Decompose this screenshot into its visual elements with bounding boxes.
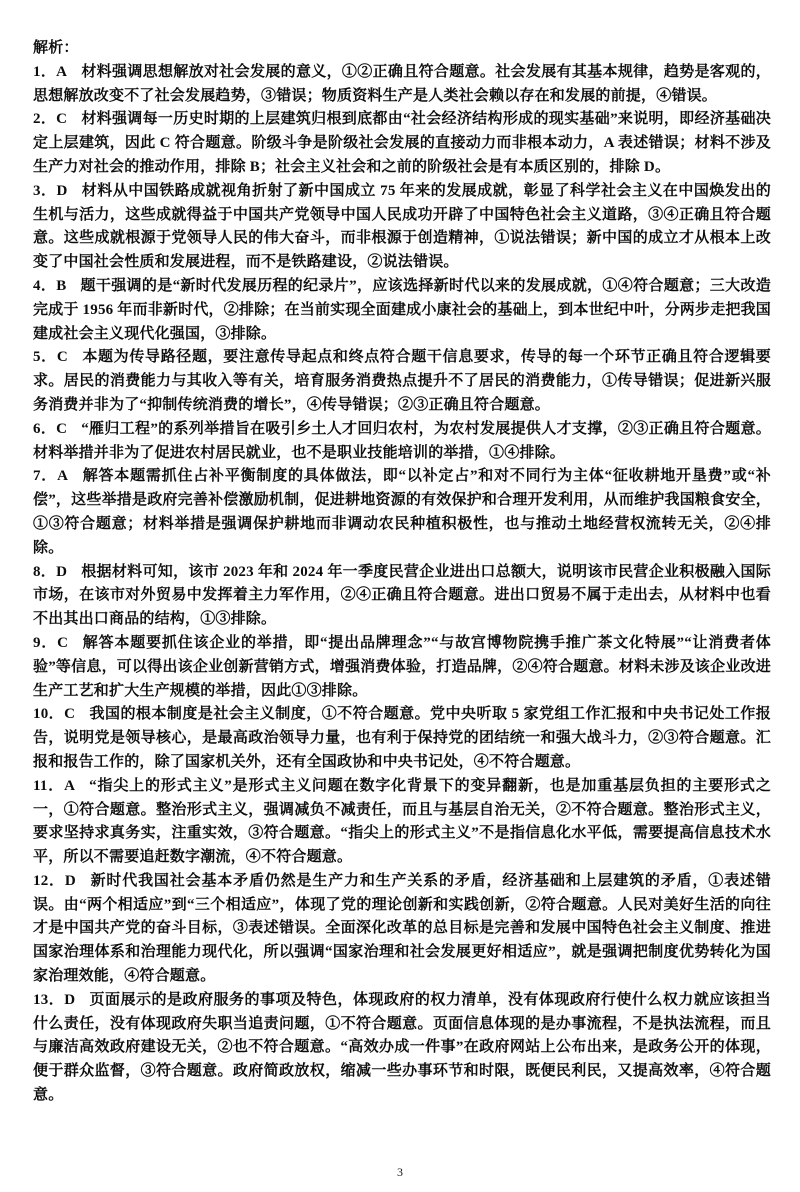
answer-letter: D: [64, 992, 75, 1008]
section-heading: 解析：: [33, 37, 771, 61]
explanation-text: 我国的根本制度是社会主义制度，①不符合题意。党中央听取 5 家党组工作汇报和中央…: [33, 706, 771, 770]
explanation-text: 材料从中国铁路成就视角折射了新中国成立 75 年来的发展成就，彰显了科学社会主义…: [33, 183, 771, 270]
explanation-text: 解答本题要抓住该企业的举措，即“提出品牌理念”“与故宫博物院携手推广茶文化特展”…: [33, 635, 771, 699]
answer-letter: C: [57, 349, 68, 365]
explanation-item-6: 6．C“雁归工程”的系列举措旨在吸引乡土人才回归农村，为农村发展提供人才支撑，②…: [33, 418, 771, 466]
answer-letter: C: [56, 421, 67, 437]
answer-letter: D: [56, 564, 67, 580]
question-number: 11．: [33, 778, 64, 794]
question-number: 8．: [33, 564, 56, 580]
answer-letter: D: [56, 183, 67, 199]
explanation-text: 解答本题需抓住占补平衡制度的具体做法，即“以补定占”和对不同行为主体“征收耕地开…: [33, 468, 771, 555]
question-number: 9．: [33, 635, 57, 651]
explanation-text: “雁归工程”的系列举措旨在吸引乡土人才回归农村，为农村发展提供人才支撑，②③正确…: [33, 421, 771, 461]
answer-key-content: 解析： 1．A材料强调思想解放对社会发展的意义，①②正确且符合题意。社会发展有其…: [33, 37, 771, 1108]
explanation-text: 本题为传导路径题，要注意传导起点和终点符合题干信息要求，传导的每一个环节正确且符…: [33, 349, 771, 413]
answer-letter: A: [56, 64, 67, 80]
explanation-text: 材料强调每一历史时期的上层建筑归根到底都由“社会经济结构形成的现实基础”来说明，…: [33, 111, 771, 175]
explanation-item-12: 12．D新时代我国社会基本矛盾仍然是生产力和生产关系的矛盾，经济基础和上层建筑的…: [33, 870, 771, 989]
page-number: 3: [0, 1165, 800, 1180]
explanation-item-10: 10．C我国的根本制度是社会主义制度，①不符合题意。党中央听取 5 家党组工作汇…: [33, 703, 771, 774]
question-number: 12．: [33, 873, 65, 889]
explanation-item-8: 8．D根据材料可知，该市 2023 年和 2024 年一季度民营企业进出口总额大…: [33, 561, 771, 632]
answer-letter: A: [64, 778, 75, 794]
question-number: 7．: [33, 468, 57, 484]
explanation-item-1: 1．A材料强调思想解放对社会发展的意义，①②正确且符合题意。社会发展有其基本规律…: [33, 61, 771, 109]
question-number: 5．: [33, 349, 57, 365]
explanation-text: 页面展示的是政府服务的事项及特色，体现政府的权力清单，没有体现政府行使什么权力就…: [33, 992, 771, 1103]
answer-letter: C: [57, 635, 68, 651]
explanation-item-7: 7．A解答本题需抓住占补平衡制度的具体做法，即“以补定占”和对不同行为主体“征收…: [33, 465, 771, 560]
question-number: 10．: [33, 706, 64, 722]
question-number: 4．: [33, 278, 56, 294]
explanation-item-9: 9．C解答本题要抓住该企业的举措，即“提出品牌理念”“与故宫博物院携手推广茶文化…: [33, 632, 771, 703]
explanation-item-13: 13．D页面展示的是政府服务的事项及特色，体现政府的权力清单，没有体现政府行使什…: [33, 989, 771, 1108]
explanation-text: 题干强调的是“新时代发展历程的纪录片”，应该选择新时代以来的发展成就，①④符合题…: [33, 278, 771, 342]
explanation-text: 根据材料可知，该市 2023 年和 2024 年一季度民营企业进出口总额大，说明…: [33, 564, 771, 628]
question-number: 3．: [33, 183, 56, 199]
answer-letter: D: [65, 873, 76, 889]
answer-letter: B: [56, 278, 66, 294]
question-number: 6．: [33, 421, 56, 437]
explanation-text: 新时代我国社会基本矛盾仍然是生产力和生产关系的矛盾，经济基础和上层建筑的矛盾，①…: [33, 873, 771, 984]
explanation-item-3: 3．D材料从中国铁路成就视角折射了新中国成立 75 年来的发展成就，彰显了科学社…: [33, 180, 771, 275]
explanation-text: “指尖上的形式主义”是形式主义问题在数字化背景下的变异翻新，也是加重基层负担的主…: [33, 778, 771, 865]
answer-letter: C: [56, 111, 67, 127]
question-number: 2．: [33, 111, 56, 127]
explanation-item-5: 5．C本题为传导路径题，要注意传导起点和终点符合题干信息要求，传导的每一个环节正…: [33, 346, 771, 417]
question-number: 13．: [33, 992, 64, 1008]
explanation-item-4: 4．B题干强调的是“新时代发展历程的纪录片”，应该选择新时代以来的发展成就，①④…: [33, 275, 771, 346]
explanation-item-2: 2．C材料强调每一历史时期的上层建筑归根到底都由“社会经济结构形成的现实基础”来…: [33, 108, 771, 179]
question-number: 1．: [33, 64, 56, 80]
answer-letter: C: [64, 706, 75, 722]
document-page: 解析： 1．A材料强调思想解放对社会发展的意义，①②正确且符合题意。社会发展有其…: [0, 0, 800, 1192]
explanation-item-11: 11．A“指尖上的形式主义”是形式主义问题在数字化背景下的变异翻新，也是加重基层…: [33, 775, 771, 870]
answer-letter: A: [57, 468, 68, 484]
explanation-text: 材料强调思想解放对社会发展的意义，①②正确且符合题意。社会发展有其基本规律，趋势…: [33, 64, 771, 104]
